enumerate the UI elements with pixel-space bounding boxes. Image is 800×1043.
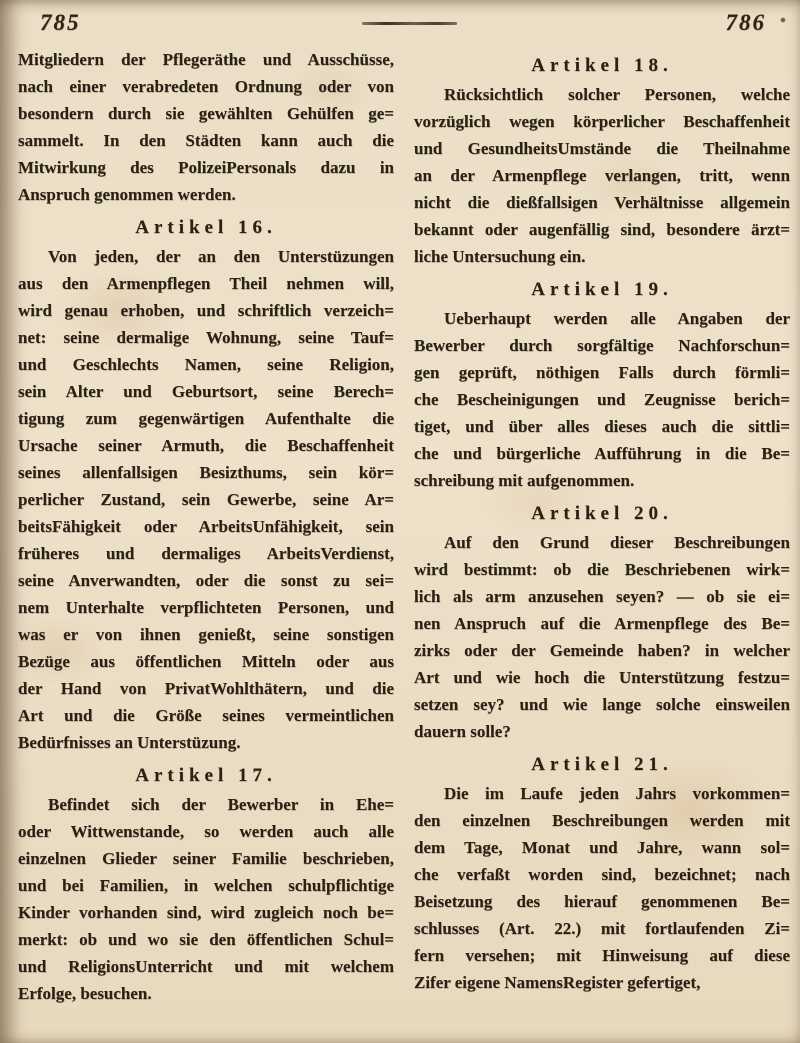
paragraph: Von jeden, der an den Unterstüzungenaus … — [18, 243, 394, 756]
text-line: seines allenfallsigen Besizthums, sein k… — [18, 459, 394, 486]
text-line: wird genau erhoben, und schriftlich verz… — [18, 297, 394, 324]
text-line: merkt: ob und wo sie den öffentlichen Sc… — [18, 926, 394, 953]
column-left: Mitgliedern der Pflegeräthe und Ausschüs… — [18, 46, 394, 1007]
text-line: Zifer eigene NamensRegister gefertiget, — [414, 969, 790, 996]
text-line: und Geschlechts Namen, seine Religion, — [18, 351, 394, 378]
text-line: Rücksichtlich solcher Personen, welche — [414, 81, 790, 108]
text-line: bekannt oder augenfällig sind, besondere… — [414, 216, 790, 243]
text-line: und bei Familien, in welchen schulpflich… — [18, 872, 394, 899]
article-heading: Artikel 21. — [414, 751, 790, 778]
text-line: sein Alter und Geburtsort, seine Berech= — [18, 378, 394, 405]
paragraph: Befindet sich der Bewerber in Ehe=oder W… — [18, 791, 394, 1007]
paragraph: Rücksichtlich solcher Personen, welchevo… — [414, 81, 790, 270]
page-number-right: 786 — [726, 10, 767, 36]
text-line: vorzüglich wegen körperlicher Beschaffen… — [414, 108, 790, 135]
text-line: che Bescheinigungen und Zeugnisse berich… — [414, 386, 790, 413]
text-line: dauern solle? — [414, 718, 790, 745]
text-line: den einzelnen Beschreibungen werden mit — [414, 807, 790, 834]
text-line: setzen sey? und wie lange solche einswei… — [414, 691, 790, 718]
text-line: besondern durch sie gewählten Gehülfen g… — [18, 100, 394, 127]
scanned-book-page: 785 786 Mitgliedern der Pflegeräthe und … — [0, 0, 800, 1043]
text-line: Mitwirkung des PolizeiPersonals dazu in — [18, 154, 394, 181]
text-line: Von jeden, der an den Unterstüzungen — [18, 243, 394, 270]
text-line: sammelt. In den Städten kann auch die — [18, 127, 394, 154]
paragraph: Die im Laufe jeden Jahrs vorkommen=den e… — [414, 780, 790, 996]
text-line: was er von ihnen genießt, seine sonstige… — [18, 621, 394, 648]
text-line: gen geprüft, nöthigen Falls durch förmli… — [414, 359, 790, 386]
text-line: schreibung mit aufgenommen. — [414, 467, 790, 494]
text-line: Bezüge aus öffentlichen Mitteln oder aus — [18, 648, 394, 675]
text-line: und ReligionsUnterricht und mit welchem — [18, 953, 394, 980]
article-heading: Artikel 16. — [18, 214, 394, 241]
text-line: an der Armenpflege verlangen, tritt, wen… — [414, 162, 790, 189]
text-line: Bedürfnisses an Unterstüzung. — [18, 729, 394, 756]
text-line: Mitgliedern der Pflegeräthe und Ausschüs… — [18, 46, 394, 73]
text-columns: Mitgliedern der Pflegeräthe und Ausschüs… — [18, 46, 790, 1007]
text-line: zirks oder der Gemeinde haben? in welche… — [414, 637, 790, 664]
text-line: und GesundheitsUmstände die Theilnahme — [414, 135, 790, 162]
text-line: wird bestimmt: ob die Beschriebenen wirk… — [414, 556, 790, 583]
text-line: che und bürgerliche Aufführung in die Be… — [414, 440, 790, 467]
article-heading: Artikel 20. — [414, 500, 790, 527]
text-line: Art und wie hoch die Unterstützung festz… — [414, 664, 790, 691]
text-line: Ursache seiner Armuth, die Beschaffenhei… — [18, 432, 394, 459]
text-line: liche Untersuchung ein. — [414, 243, 790, 270]
article-heading: Artikel 18. — [414, 52, 790, 79]
page-number-left: 785 — [40, 10, 81, 36]
column-right: Artikel 18.Rücksichtlich solcher Persone… — [414, 46, 790, 1007]
text-line: nen Anspruch auf die Armenpflege des Be= — [414, 610, 790, 637]
text-line: tigung zum gegenwärtigen Aufenthalte die — [18, 405, 394, 432]
text-line: aus den Armenpflegen Theil nehmen will, — [18, 270, 394, 297]
text-line: Kinder vorhanden sind, wird zugleich noc… — [18, 899, 394, 926]
article-heading: Artikel 19. — [414, 276, 790, 303]
text-line: net: seine dermalige Wohnung, seine Tauf… — [18, 324, 394, 351]
text-line: Ueberhaupt werden alle Angaben der — [414, 305, 790, 332]
text-line: früheres und dermaliges ArbeitsVerdienst… — [18, 540, 394, 567]
text-line: seine Anverwandten, oder die sonst zu se… — [18, 567, 394, 594]
text-line: Befindet sich der Bewerber in Ehe= — [18, 791, 394, 818]
text-line: Auf den Grund dieser Beschreibungen — [414, 529, 790, 556]
text-line: fern versehen; mit Hinweisung auf diese — [414, 942, 790, 969]
paragraph: Mitgliedern der Pflegeräthe und Ausschüs… — [18, 46, 394, 208]
text-line: nicht die dießfallsigen Verhältnisse all… — [414, 189, 790, 216]
text-line: Bewerber durch sorgfältige Nachforschun= — [414, 332, 790, 359]
text-line: dem Tage, Monat und Jahre, wann sol= — [414, 834, 790, 861]
text-line: nem Unterhalte verpflichteten Personen, … — [18, 594, 394, 621]
text-line: Erfolge, besuchen. — [18, 980, 394, 1007]
text-line: einzelnen Glieder seiner Familie beschri… — [18, 845, 394, 872]
paragraph: Auf den Grund dieser Beschreibungenwird … — [414, 529, 790, 745]
text-line: oder Wittwenstande, so werden auch alle — [18, 818, 394, 845]
text-line: che verfaßt worden sind, bezeichnet; nac… — [414, 861, 790, 888]
text-line: lich als arm anzusehen seyen? — ob sie e… — [414, 583, 790, 610]
paragraph: Ueberhaupt werden alle Angaben derBewerb… — [414, 305, 790, 494]
text-line: Art und die Größe seines vermeintlichen — [18, 702, 394, 729]
text-line: Anspruch genommen werden. — [18, 181, 394, 208]
text-line: tiget, und über alles dieses auch die si… — [414, 413, 790, 440]
text-line: Beisetzung des hierauf genommenen Be= — [414, 888, 790, 915]
header-rule-divider — [362, 22, 457, 25]
text-line: beitsFähigkeit oder ArbeitsUnfähigkeit, … — [18, 513, 394, 540]
text-line: Die im Laufe jeden Jahrs vorkommen= — [414, 780, 790, 807]
text-line: schlusses (Art. 22.) mit fortlaufenden Z… — [414, 915, 790, 942]
page-header: 785 786 — [0, 6, 800, 40]
text-line: der Hand von PrivatWohlthätern, und die — [18, 675, 394, 702]
text-line: perlicher Zustand, sein Gewerbe, seine A… — [18, 486, 394, 513]
text-line: nach einer verabredeten Ordnung oder von — [18, 73, 394, 100]
article-heading: Artikel 17. — [18, 762, 394, 789]
